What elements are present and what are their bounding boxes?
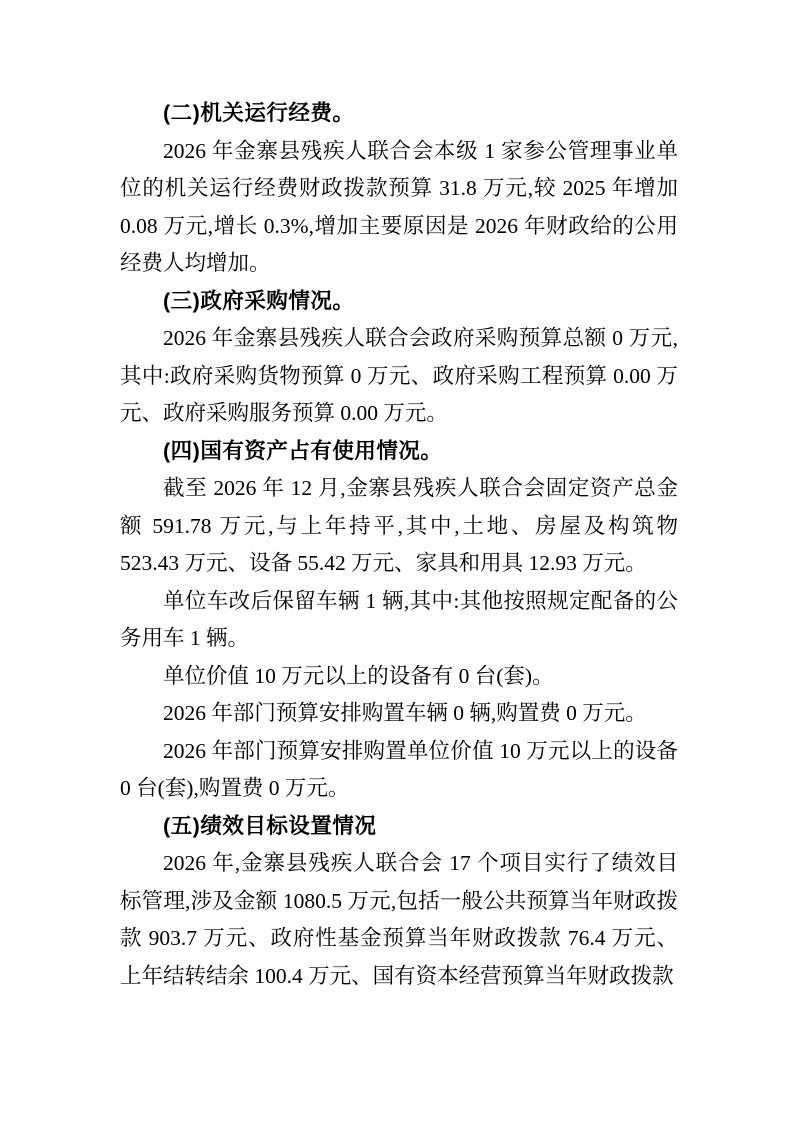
- paragraph-performance-targets: 2026 年,金寨县残疾人联合会 17 个项目实行了绩效目标管理,涉及金额 10…: [120, 845, 678, 995]
- paragraph-fixed-assets-total: 截至 2026 年 12 月,金寨县残疾人联合会固定资产总金额 591.78 万…: [120, 470, 678, 583]
- paragraph-equipment-over-100k: 单位价值 10 万元以上的设备有 0 台(套)。: [120, 658, 678, 696]
- paragraph-retained-vehicles: 单位车改后保留车辆 1 辆,其中:其他按照规定配备的公务用车 1 辆。: [120, 583, 678, 658]
- paragraph-government-procurement: 2026 年金寨县残疾人联合会政府采购预算总额 0 万元,其中:政府采购货物预算…: [120, 320, 678, 433]
- paragraph-vehicle-purchase-budget: 2026 年部门预算安排购置车辆 0 辆,购置费 0 万元。: [120, 695, 678, 733]
- document-page: (二)机关运行经费。 2026 年金寨县残疾人联合会本级 1 家参公管理事业单位…: [0, 0, 793, 1122]
- section-heading-performance-targets: (五)绩效目标设置情况: [120, 808, 678, 846]
- document-content: (二)机关运行经费。 2026 年金寨县残疾人联合会本级 1 家参公管理事业单位…: [120, 95, 678, 995]
- section-heading-government-procurement: (三)政府采购情况。: [120, 283, 678, 321]
- paragraph-equipment-purchase-budget: 2026 年部门预算安排购置单位价值 10 万元以上的设备 0 台(套),购置费…: [120, 733, 678, 808]
- section-heading-agency-operating-funds: (二)机关运行经费。: [120, 95, 678, 133]
- paragraph-agency-operating-funds: 2026 年金寨县残疾人联合会本级 1 家参公管理事业单位的机关运行经费财政拨款…: [120, 133, 678, 283]
- section-heading-state-owned-assets: (四)国有资产占有使用情况。: [120, 433, 678, 471]
